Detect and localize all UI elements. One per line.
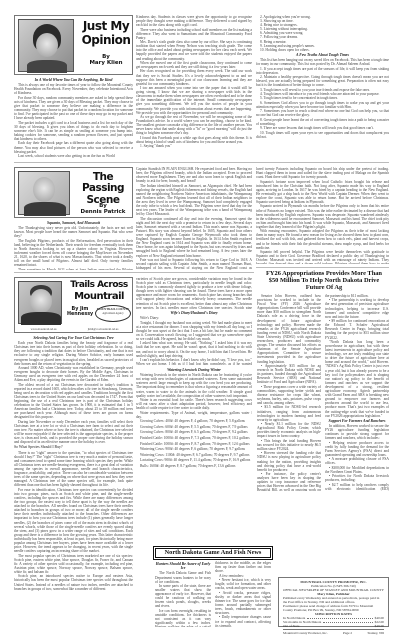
trails-across-body: Selecting And Caring For Your Cut Christ… bbox=[14, 335, 133, 627]
article-subhead: So What Species Should I Buy? bbox=[14, 445, 133, 449]
kindness-list: 2. Apologizing when you're wrong. 3. Sho… bbox=[256, 15, 389, 52]
column-title: Just My Opinion bbox=[79, 20, 133, 46]
game-fish-headline: North Dakota Game And Fish News bbox=[155, 548, 271, 558]
article-subhead: A Few Truths About Tough Times bbox=[256, 53, 389, 57]
article-subhead: Watering Livestock During Winter bbox=[136, 368, 252, 372]
author-photo-dennis-patrick bbox=[18, 171, 70, 215]
passing-scene-body-col2: Captain Standish IN PLAIN ENGLISH. He re… bbox=[136, 167, 252, 270]
section-divider bbox=[14, 272, 254, 273]
fy26-body-col2: the partnership to $11 million. • The pa… bbox=[325, 294, 389, 491]
section-divider bbox=[256, 267, 389, 268]
publisher-info-box: MOUNTRAIL COUNTY PROMOTER, INC. Publicat… bbox=[278, 577, 389, 627]
rate-row: Out of State$49.00 bbox=[283, 624, 384, 628]
mountrail-county-logo: MOUNTRAIL COUNTY Agricultural Agency bbox=[95, 305, 131, 322]
article-subhead: Selecting And Caring For Your Cut Christ… bbox=[14, 336, 133, 340]
game-fish-body-col2: thickness in the middle, as the edges fi… bbox=[215, 561, 271, 627]
article-subhead: Support For Farmers And Ranchers bbox=[325, 419, 389, 423]
author-photo-jim-hennessy bbox=[18, 281, 62, 324]
wifes-diary-body: Wife's Diary/Husband's Diary Wife's Diar… bbox=[136, 310, 252, 365]
byline: By Dennis Patrick bbox=[73, 203, 133, 215]
newspaper-page: Just My Opinion By Mary Klien In A World… bbox=[14, 10, 389, 635]
column-title: Trails Across Mountrail bbox=[65, 281, 133, 302]
page-number: Page 2 bbox=[343, 631, 352, 635]
passing-scene-body-col3: lured twenty Patuxets including Squanto … bbox=[256, 167, 389, 264]
passing-scene-body: Squanto, Samoset, And Massasoit The Than… bbox=[14, 220, 133, 270]
game-fish-body-col1: Hunters Should Be Aware of Early Ice The… bbox=[155, 561, 211, 627]
byline: By Jim Hennessy bbox=[67, 307, 93, 317]
website-link[interactable]: www.mountrail.nd.us bbox=[31, 327, 57, 331]
trails-across-body-col2: varieties of Scotch pine are grown, cons… bbox=[136, 277, 252, 309]
article-subhead: Wife's Diary/Husband's Diary bbox=[136, 311, 252, 315]
column-title: The Passing Scene bbox=[73, 172, 133, 206]
author-photo-mary-klien bbox=[18, 19, 74, 72]
watering-livestock-body: Watering Livestock During Winter Waterin… bbox=[136, 367, 252, 492]
just-my-opinion-body-col3: 2. Apologizing when you're wrong. 3. Sho… bbox=[256, 15, 389, 159]
article-subhead: Hunters Should Be Aware of Early Ice bbox=[155, 562, 211, 570]
fy26-body-col1: Senator John Hoeven, outlined how provis… bbox=[257, 294, 321, 491]
email-link[interactable]: jimh@co.mountrail.nd.us bbox=[88, 327, 119, 331]
just-my-opinion-body-col2: Kindness day. Students in classes were g… bbox=[136, 15, 252, 159]
contact-line: www.mountrail.nd.us jimh@co.mountrail.nd… bbox=[15, 327, 134, 331]
article-subhead: Squanto, Samoset, And Massasoit bbox=[14, 221, 133, 225]
article-subhead: In A World Where You Can Be Anything, Be… bbox=[14, 78, 133, 82]
passing-scene-masthead: The Passing Scene By Dennis Patrick bbox=[14, 167, 133, 218]
water-requirements-table: Growing Calves: 400#: 40 degrees F, 4 ga… bbox=[136, 419, 252, 468]
fy26-headline: FY26 Appropriations Provides More Than $… bbox=[264, 270, 384, 291]
just-my-opinion-body: In A World Where You Can Be Anything, Be… bbox=[14, 77, 133, 159]
page-footer: Mountrail County Promoter, Inc. Page 2 S… bbox=[283, 629, 384, 635]
byline: By Mary Klien bbox=[79, 54, 133, 66]
trails-across-masthead: Trails Across Mountrail By Jim Hennessy … bbox=[14, 277, 133, 333]
section-divider bbox=[14, 162, 389, 163]
just-my-opinion-masthead: Just My Opinion By Mary Klien bbox=[14, 15, 133, 75]
